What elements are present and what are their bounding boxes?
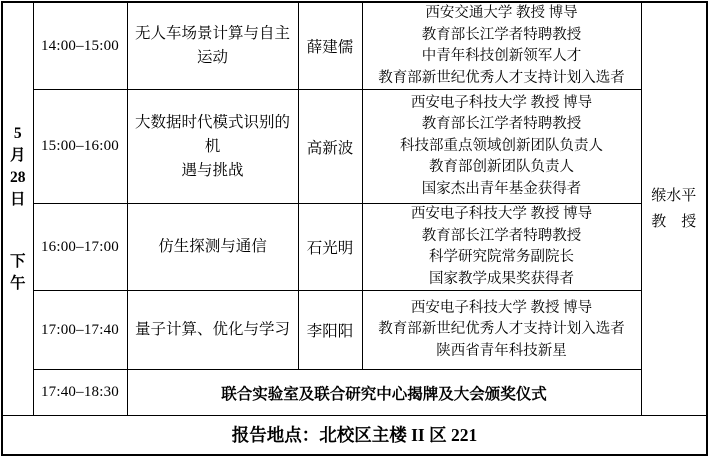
table-row: 17:40–18:30 联合实验室及联合研究中心揭牌及大会颁奖仪式 [2,370,707,416]
table-row: 17:00–17:40 量子计算、优化与学习 李阳阳 西安电子科技大学 教授 博… [2,291,707,370]
date-gap [3,211,33,251]
credentials-cell: 西安电子科技大学 教授 博导 教育部新世纪优秀人才支持计划入选者 陕西省青年科技… [362,291,641,370]
speaker-cell: 李阳阳 [298,291,362,370]
table-row: 16:00–17:00 仿生探测与通信 石光明 西安电子科技大学 教授 博导 教… [2,204,707,291]
talk-title-cell: 量子计算、优化与学习 [127,291,298,370]
talk-title-cell: 大数据时代模式识别的机 遇与挑战 [127,90,298,204]
chair-cell: 缑水平 教 授 [641,2,707,416]
time-cell: 16:00–17:00 [33,204,127,291]
talk-title-cell: 仿生探测与通信 [127,204,298,291]
date-char: 午 [3,273,33,295]
speaker-cell: 薛建儒 [298,2,362,90]
credentials-cell: 西安交通大学 教授 博导 教育部长江学者特聘教授 中青年科技创新领军人才 教育部… [362,2,641,90]
title-line: 遇与挑战 [128,159,298,183]
credentials-cell: 西安电子科技大学 教授 博导 教育部长江学者特聘教授 科技部重点领域创新团队负责… [362,90,641,204]
chair-title: 教 授 [642,209,707,235]
title-line: 大数据时代模式识别的机 [128,111,298,159]
date-char: 月 [3,145,33,167]
speaker-cell: 石光明 [298,204,362,291]
credential-line: 西安电子科技大学 教授 博导 [363,204,641,226]
credential-line: 科技部重点领域创新团队负责人 [363,136,641,158]
credential-line: 西安电子科技大学 教授 博导 [363,298,641,320]
title-line: 仿生探测与通信 [128,235,298,259]
credential-line: 教育部新世纪优秀人才支持计划入选者 [363,319,641,341]
credential-line: 教育部创新团队负责人 [363,157,641,179]
date-char: 日 [3,189,33,211]
time-cell: 15:00–16:00 [33,90,127,204]
table-row: 报告地点：北校区主楼 II 区 221 [2,416,707,455]
credential-line: 教育部长江学者特聘教授 [363,226,641,248]
time-cell: 17:00–17:40 [33,291,127,370]
time-cell: 14:00–15:00 [33,2,127,90]
credential-line: 科学研究院常务副院长 [363,247,641,269]
talk-title-cell: 无人车场景计算与自主 运动 [127,2,298,90]
speaker-cell: 高新波 [298,90,362,204]
date-char: 5 [3,123,33,145]
schedule-page: 5 月 28 日 下 午 14:00–15:00 无人车场景计算与自主 运动 薛… [0,0,708,458]
title-line: 运动 [128,46,298,70]
date-cell: 5 月 28 日 下 午 [2,2,33,416]
credential-line: 教育部长江学者特聘教授 [363,114,641,136]
date-char: 下 [3,251,33,273]
title-line: 量子计算、优化与学习 [128,318,298,342]
credentials-cell: 西安电子科技大学 教授 博导 教育部长江学者特聘教授 科学研究院常务副院长 国家… [362,204,641,291]
credential-line: 西安交通大学 教授 博导 [363,3,641,25]
schedule-table: 5 月 28 日 下 午 14:00–15:00 无人车场景计算与自主 运动 薛… [1,1,708,456]
table-row: 15:00–16:00 大数据时代模式识别的机 遇与挑战 高新波 西安电子科技大… [2,90,707,204]
chair-name: 缑水平 [642,183,707,209]
credential-line: 中青年科技创新领军人才 [363,46,641,68]
credential-line: 国家杰出青年基金获得者 [363,179,641,201]
title-line: 无人车场景计算与自主 [128,22,298,46]
credential-line: 教育部长江学者特聘教授 [363,25,641,47]
credential-line: 西安电子科技大学 教授 博导 [363,93,641,115]
date-char: 28 [3,167,33,189]
credential-line: 教育部新世纪优秀人才支持计划入选者 [363,68,641,90]
venue-footer-cell: 报告地点：北校区主楼 II 区 221 [2,416,707,455]
time-cell: 17:40–18:30 [33,370,127,416]
ceremony-cell: 联合实验室及联合研究中心揭牌及大会颁奖仪式 [127,370,641,416]
table-row: 5 月 28 日 下 午 14:00–15:00 无人车场景计算与自主 运动 薛… [2,2,707,90]
credential-line: 国家教学成果奖获得者 [363,269,641,291]
credential-line: 陕西省青年科技新星 [363,341,641,363]
